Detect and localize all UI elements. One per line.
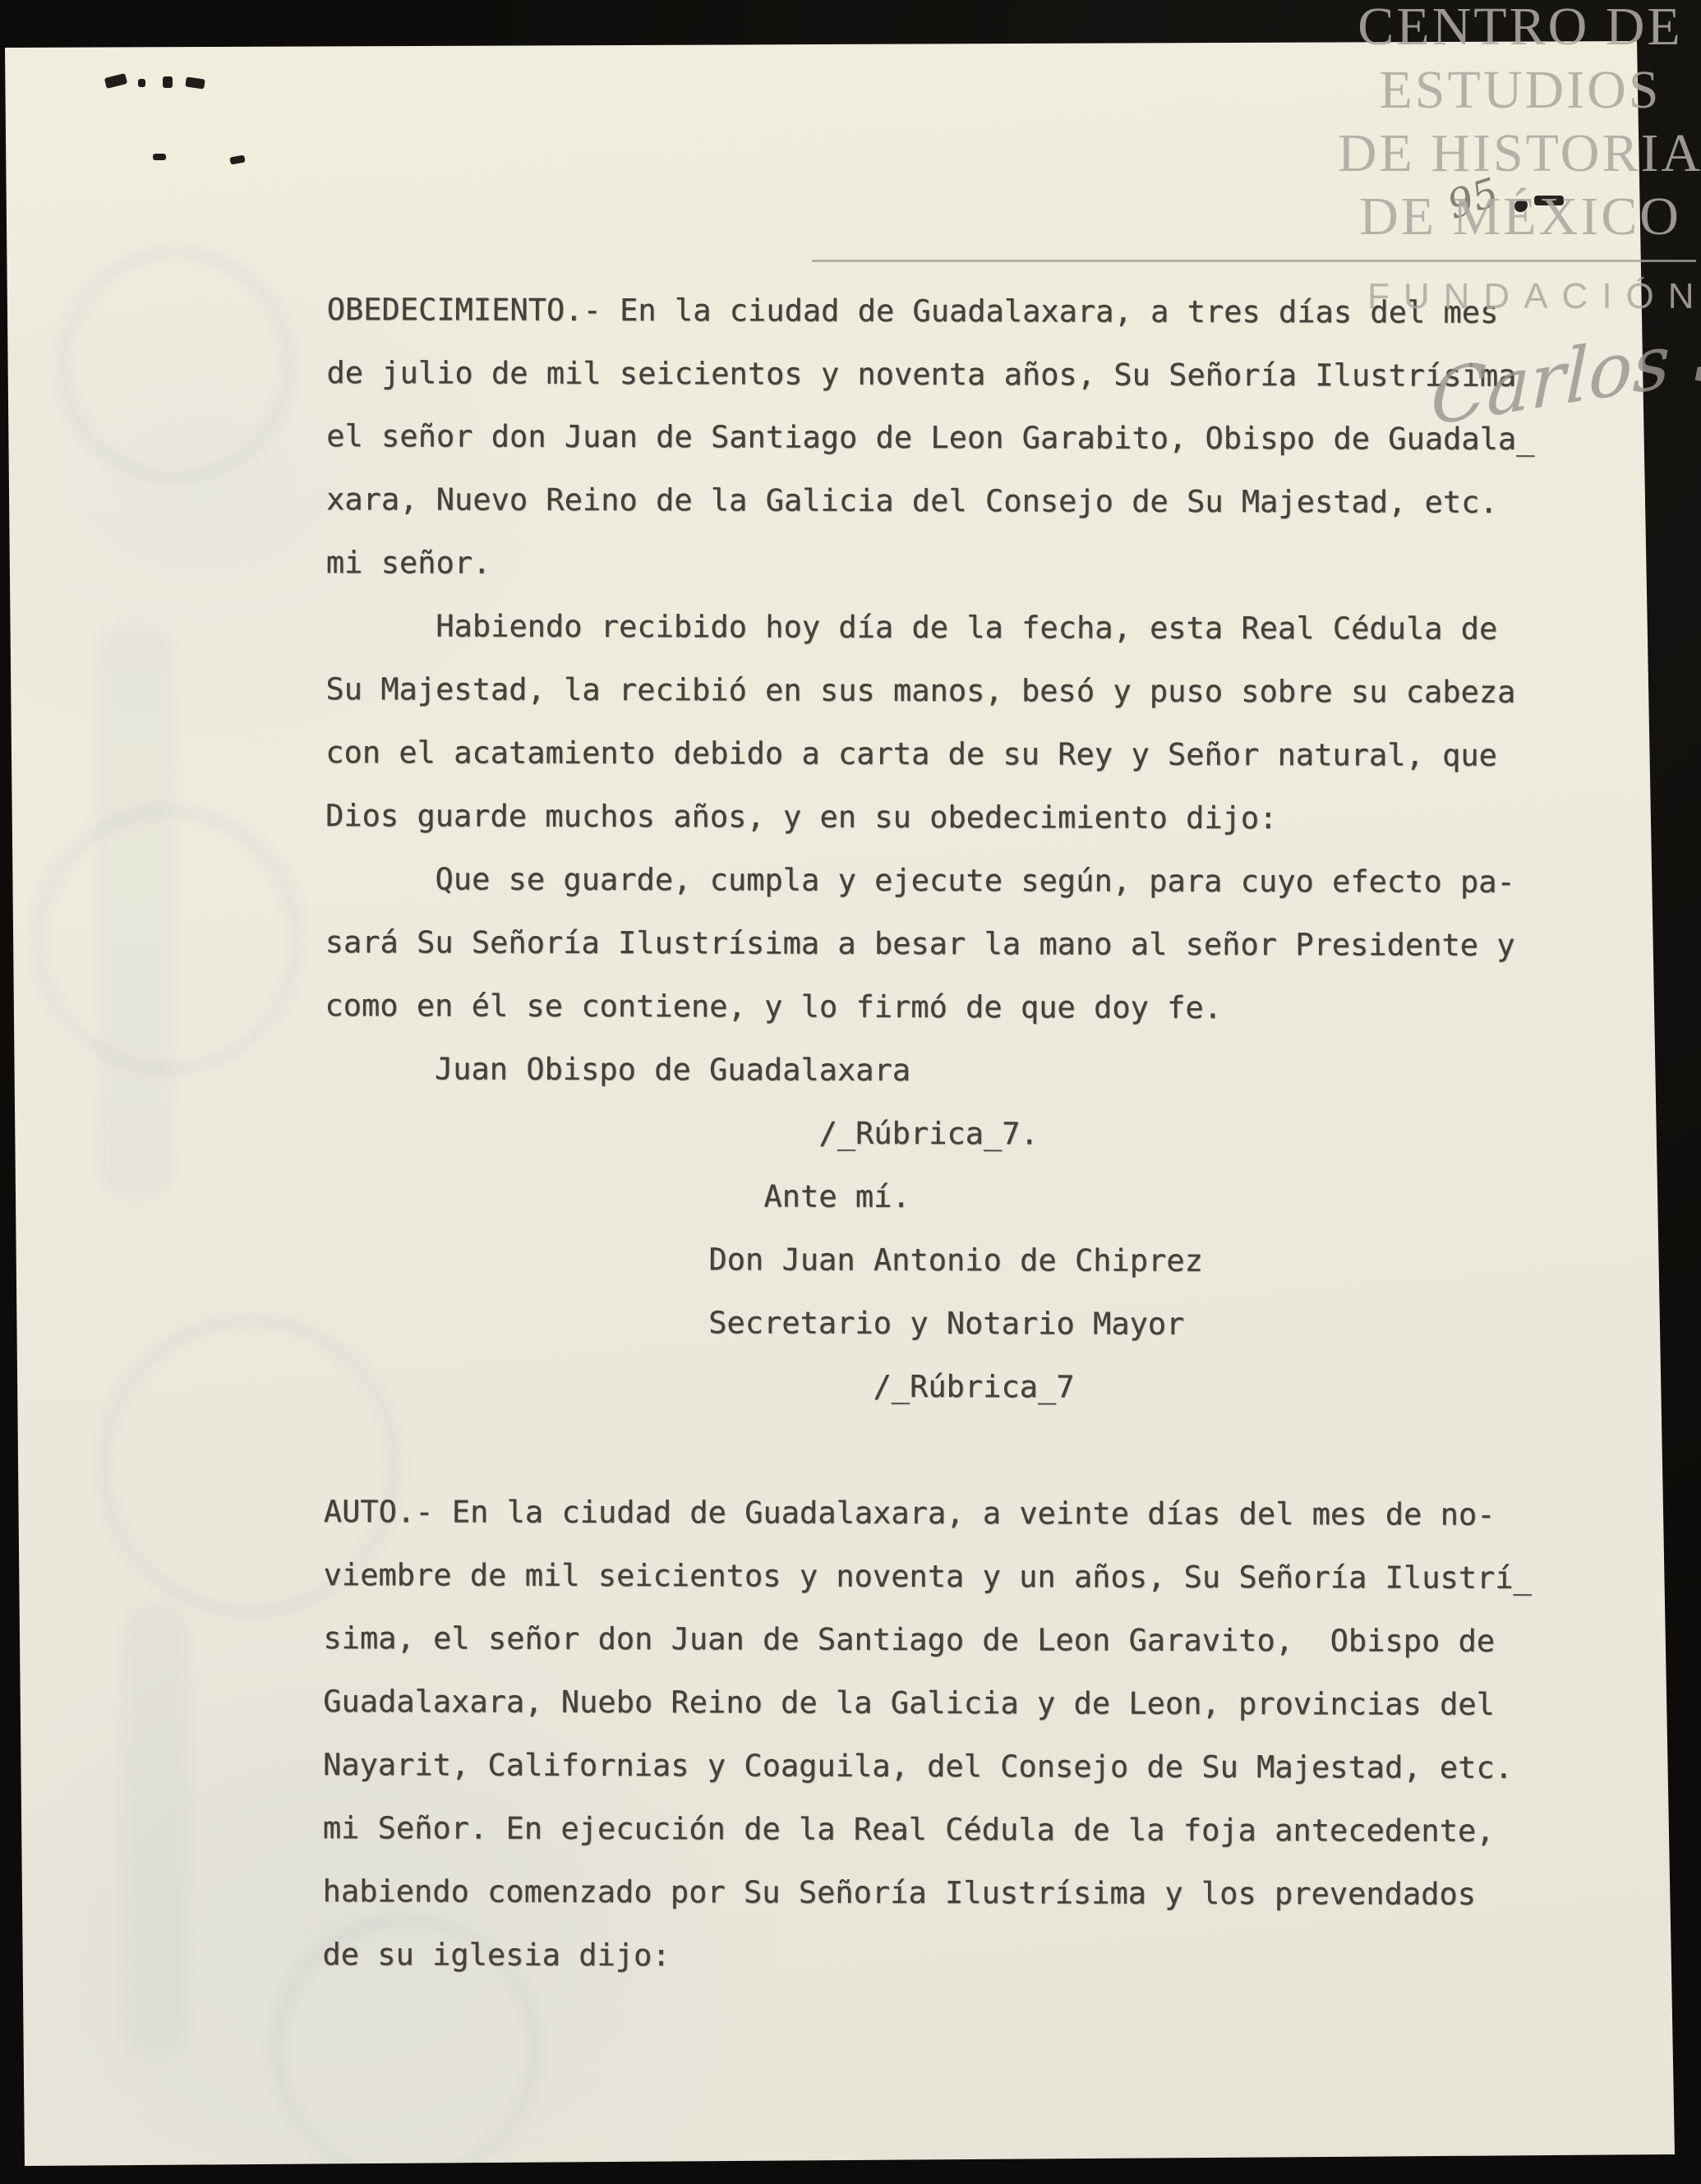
bleed-through-ghost [99,624,173,1200]
typed-line: Juan Obispo de Guadalaxara [325,1037,1533,1104]
typed-line: viembre de mil seicientos y noventa y un… [323,1543,1531,1610]
typed-line: como en él se contiene, y lo firmó de qu… [325,974,1533,1040]
staple-mark [138,79,145,87]
typewritten-text: OBEDECIMIENTO.- En la ciudad de Guadalax… [322,278,1535,1989]
bleed-through-ghost [58,247,294,483]
typed-line: mi señor. [326,531,1534,597]
typed-line: Guadalaxara, Nuebo Reino de la Galicia y… [323,1670,1531,1736]
typed-line: Nayarit, Californias y Coaguila, del Con… [323,1733,1531,1799]
typed-line: OBEDECIMIENTO.- En la ciudad de Guadalax… [327,278,1535,344]
typed-line: de su iglesia dijo: [322,1923,1530,1989]
typed-line: /̲Rúbrica̲7 [324,1353,1532,1420]
typed-line: el señor don Juan de Santiago de Leon Ga… [326,404,1534,471]
typed-line: Su Majestad, la recibió en sus manos, be… [325,657,1533,724]
typed-dot-mark [1514,199,1528,213]
paper-page: OBEDECIMIENTO.- En la ciudad de Guadalax… [0,0,1701,2184]
typed-line [324,1417,1532,1483]
typed-line: Habiendo recibido hoy día de la fecha, e… [326,594,1534,661]
staple-mark [229,155,245,165]
typed-line: Don Juan Antonio de Chiprez [324,1227,1532,1293]
bleed-through-ghost [123,1602,189,2062]
typed-line: Secretario y Notario Mayor [324,1290,1532,1357]
typed-dash-mark [1534,196,1564,205]
typed-line: Que se guarde, cumpla y ejecute según, p… [325,847,1533,914]
document-scan: OBEDECIMIENTO.- En la ciudad de Guadalax… [0,0,1701,2184]
typed-line: de julio de mil seicientos y noventa año… [326,341,1534,408]
typed-line: Dios guarde muchos años, y en su obedeci… [325,784,1533,850]
pencil-page-number: 95 [1442,169,1504,228]
typed-line: AUTO.- En la ciudad de Guadalaxara, a ve… [324,1480,1532,1546]
typed-line: sará Su Señoría Ilustrísima a besar la m… [325,910,1533,977]
scan-background: { "watermark": { "lines": ["CENTRO DE", … [0,0,1701,2184]
typed-line: xara, Nuevo Reino de la Galicia del Cons… [326,468,1534,534]
staple-mark [185,76,205,89]
typed-line: mi Señor. En ejecución de la Real Cédula… [323,1796,1531,1863]
typed-line: con el acatamiento debido a carta de su … [325,721,1533,787]
staple-mark [163,76,173,88]
staple-mark [104,73,127,89]
typed-line: Ante mí. [325,1163,1533,1230]
typed-line: /̲Rúbrica̲7. [325,1100,1533,1167]
staple-mark [153,154,166,160]
typed-line: habiendo comenzado por Su Señoría Ilustr… [322,1859,1530,1926]
typed-line: sima, el señor don Juan de Santiago de L… [323,1606,1531,1673]
